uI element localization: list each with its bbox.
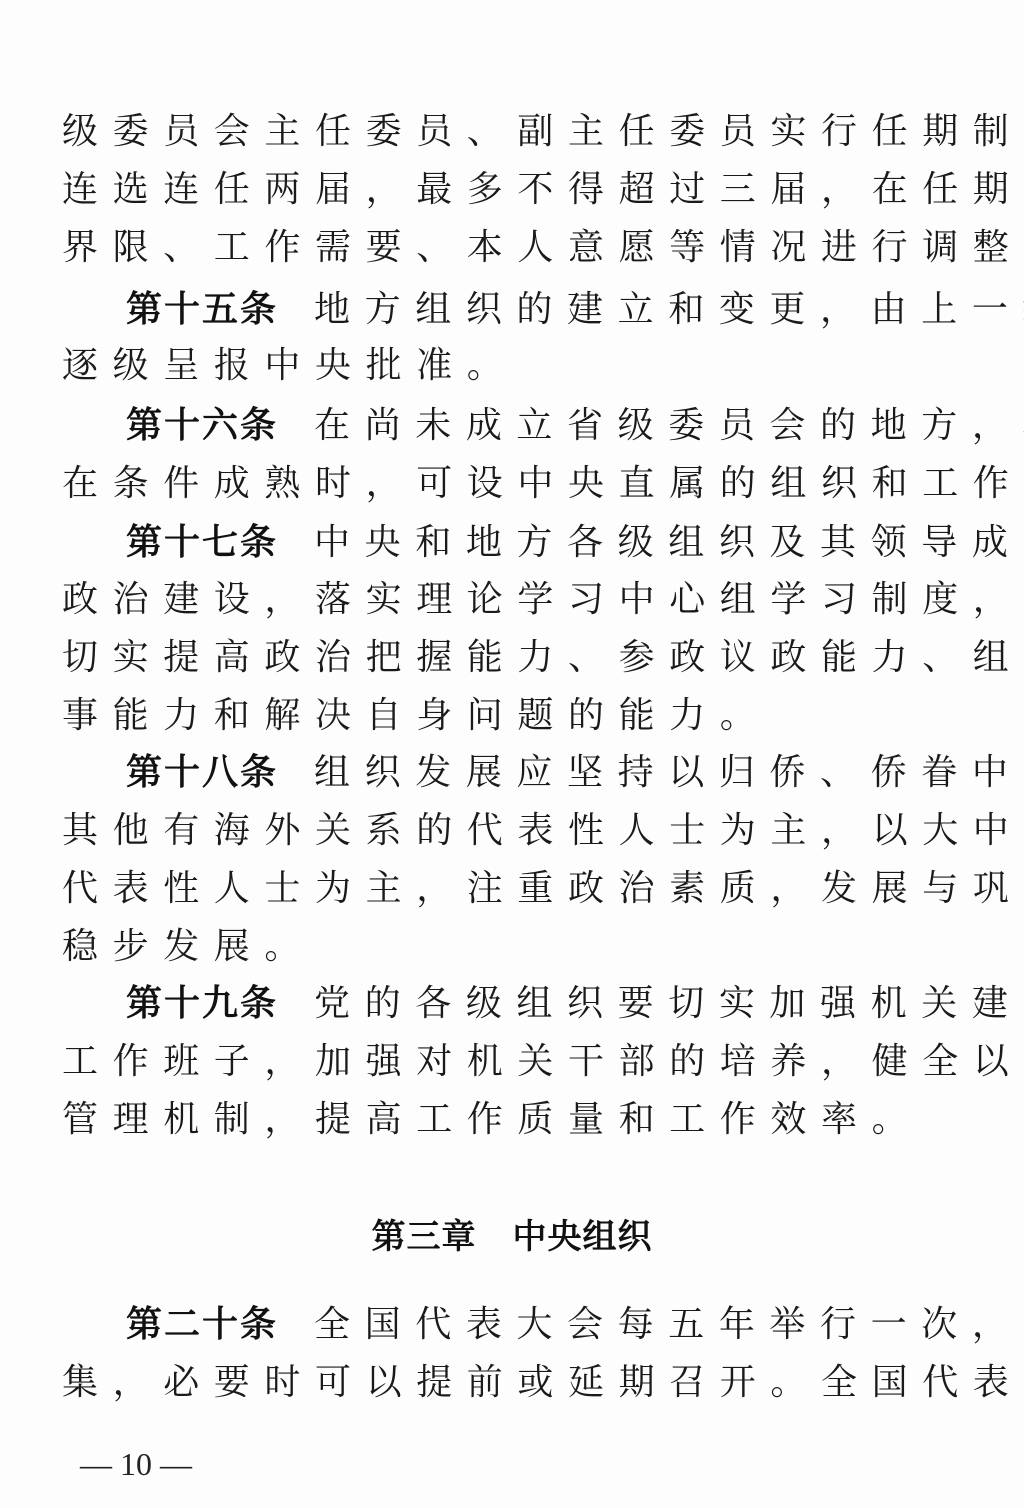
- article-19-first-line: 第十九条党的各级组织要切实加强机关建设，配备好机关: [62, 979, 977, 1029]
- paragraph-line: 集，必要时可以提前或延期召开。全国代表大会的代表名额及产: [62, 1358, 977, 1408]
- paragraph-line: 逐级呈报中央批准。: [62, 341, 977, 391]
- paragraph-line: 代表性人士为主，注重政治素质，发展与巩固相结合，有计划地: [62, 864, 977, 914]
- article-text: 全国代表大会每五年举行一次，由中央委员会召: [314, 1304, 1024, 1345]
- paragraph-line: 事能力和解决自身问题的能力。: [62, 691, 977, 741]
- article-text: 在尚未成立省级委员会的地方，根据工作需要并: [314, 405, 1024, 446]
- chapter-title: 中央组织: [513, 1217, 653, 1257]
- article-number: 第十七条: [126, 522, 278, 563]
- paragraph-line: 在条件成熟时，可设中央直属的组织和工作委员会。: [62, 459, 977, 509]
- chapter-heading: 第三章中央组织: [0, 1212, 1024, 1262]
- paragraph-line: 切实提高政治把握能力、参政议政能力、组织领导能力、合作共: [62, 633, 977, 683]
- article-15-first-line: 第十五条地方组织的建立和变更，由上一级组织审核，并: [62, 285, 977, 335]
- article-18-first-line: 第十八条组织发展应坚持以归侨、侨眷中的中上层人士和: [62, 748, 977, 798]
- article-16-first-line: 第十六条在尚未成立省级委员会的地方，根据工作需要并: [62, 401, 977, 451]
- article-text: 地方组织的建立和变更，由上一级组织审核，并: [314, 289, 1024, 330]
- paragraph-line: 级委员会主任委员、副主任委员实行任期制，同一职务一般可以: [62, 107, 977, 157]
- article-17-first-line: 第十七条中央和地方各级组织及其领导成员要加强思想: [62, 518, 977, 568]
- paragraph-line: 界限、工作需要、本人意愿等情况进行调整。: [62, 223, 977, 273]
- article-text: 组织发展应坚持以归侨、侨眷中的中上层人士和: [314, 752, 1024, 793]
- page-number: — 10 —: [80, 1446, 192, 1482]
- article-number: 第十九条: [126, 983, 278, 1024]
- article-number: 第十五条: [126, 289, 278, 330]
- article-20-first-line: 第二十条全国代表大会每五年举行一次，由中央委员会召: [62, 1300, 977, 1350]
- paragraph-line: 稳步发展。: [62, 922, 977, 972]
- article-text: 党的各级组织要切实加强机关建设，配备好机关: [314, 983, 1024, 1024]
- paragraph-line: 管理机制，提高工作质量和工作效率。: [62, 1095, 977, 1145]
- paragraph-line: 工作班子，加强对机关干部的培养，健全以岗位责任制为核心的: [62, 1037, 977, 1087]
- chapter-number: 第三章: [372, 1217, 477, 1257]
- paragraph-line: 其他有海外关系的代表性人士为主，以大中城市为主和以有一定: [62, 806, 977, 856]
- article-number: 第十六条: [126, 405, 278, 446]
- document-page: 级委员会主任委员、副主任委员实行任期制，同一职务一般可以 连选连任两届，最多不得…: [0, 0, 1024, 1508]
- paragraph-line: 政治建设，落实理论学习中心组学习制度，不断推进政治交接，: [62, 575, 977, 625]
- article-text: 中央和地方各级组织及其领导成员要加强思想: [314, 522, 1024, 563]
- paragraph-line: 连选连任两届，最多不得超过三届，在任期中可以根据任职年龄: [62, 165, 977, 215]
- article-number: 第二十条: [126, 1304, 278, 1345]
- article-number: 第十八条: [126, 752, 278, 793]
